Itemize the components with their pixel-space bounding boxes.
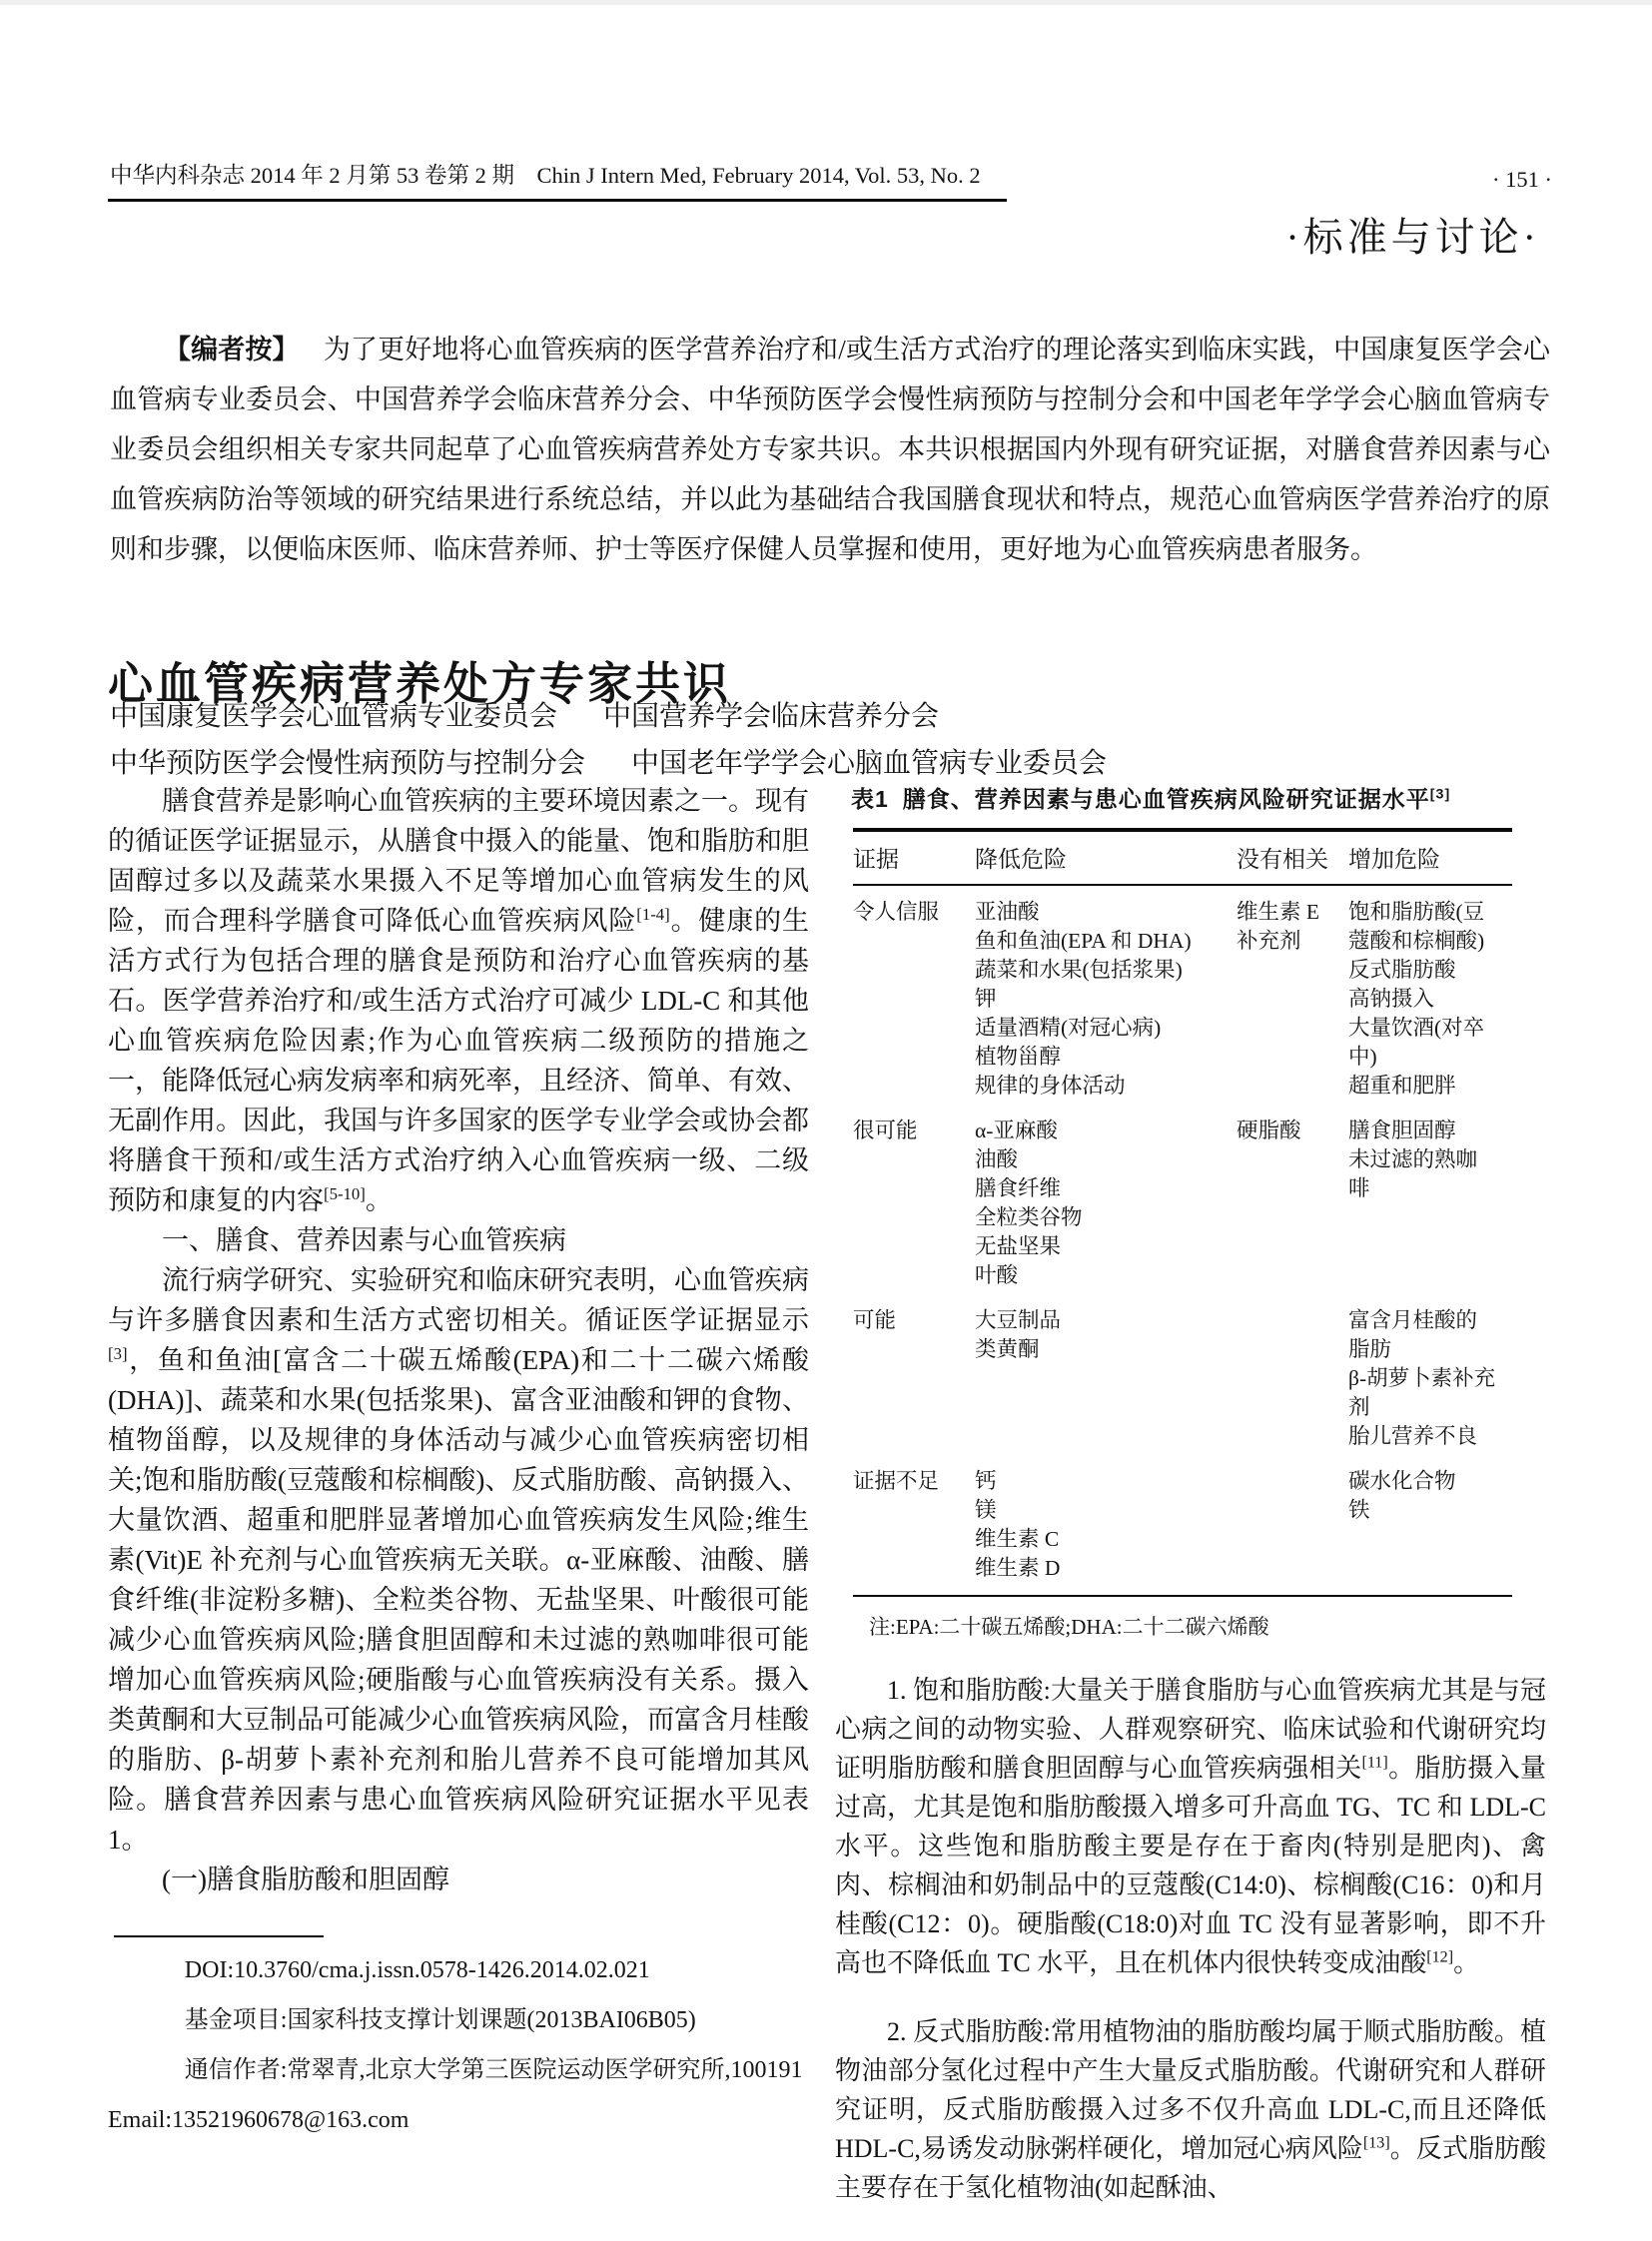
sub-heading-1: (一)膳食脂肪酸和胆固醇 bbox=[108, 1860, 809, 1899]
table-1: 表1膳食、营养因素与患心血管疾病风险研究证据水平[3] 证据 降低危险 没有相关… bbox=[835, 781, 1546, 1641]
editor-note-label: 【编者按】 bbox=[164, 335, 300, 365]
table-item: 高钠摄入 bbox=[1348, 985, 1498, 1014]
no-relation-items bbox=[1237, 1306, 1348, 1451]
table-item: 叶酸 bbox=[975, 1261, 1231, 1290]
table-header-row: 证据 降低危险 没有相关 增加危险 bbox=[853, 828, 1512, 886]
paragraph-evidence: 流行病学研究、实验研究和临床研究表明，心血管疾病与许多膳食因素和生活方式密切相关… bbox=[108, 1260, 809, 1860]
evidence-level: 令人信服 bbox=[853, 898, 975, 1101]
no-relation-items: 维生素 E 补充剂 bbox=[1237, 898, 1348, 1101]
paragraph-text: 。 bbox=[366, 1185, 393, 1215]
editor-note-text: 为了更好地将心血管疾病的医学营养治疗和/或生活方式治疗的理论落实到临床实践，中国… bbox=[110, 335, 1550, 564]
author-line-1: 中国康复医学会心血管病专业委员会中国营养学会临床营养分会 bbox=[110, 693, 1107, 740]
ref-marker: [12] bbox=[1426, 1948, 1453, 1965]
lower-risk-items: 亚油酸 鱼和鱼油(EPA 和 DHA) 蔬菜和水果(包括浆果) 钾 适量酒精(对… bbox=[975, 898, 1237, 1101]
table-item: 饱和脂肪酸(豆蔻酸和棕榈酸) bbox=[1348, 898, 1498, 956]
table-item: 铁 bbox=[1348, 1496, 1498, 1525]
paragraph-trans-fat: 2. 反式脂肪酸:常用植物油的脂肪酸均属于顺式脂肪酸。植物油部分氢化过程中产生大… bbox=[835, 2012, 1546, 2207]
table-item: 未过滤的熟咖啡 bbox=[1348, 1145, 1498, 1203]
paragraph-text: 。健康的生活方式行为包括合理的膳食是预防和治疗心血管疾病的基石。医学营养治疗和/… bbox=[108, 906, 809, 1215]
ref-marker: [11] bbox=[1361, 1754, 1387, 1771]
higher-risk-items: 饱和脂肪酸(豆蔻酸和棕榈酸) 反式脂肪酸 高钠摄入 大量饮酒(对卒中) 超重和肥… bbox=[1348, 898, 1504, 1101]
paragraph-text: 流行病学研究、实验研究和临床研究表明，心血管疾病与许多膳食因素和生活方式密切相关… bbox=[108, 1265, 809, 1335]
paragraph-text: 。脂肪摄入量过高，尤其是饱和脂肪酸摄入增多可升高血 TG、TC 和 LDL-C … bbox=[835, 1754, 1546, 1977]
table-item: 鱼和鱼油(EPA 和 DHA) bbox=[975, 927, 1231, 956]
table-item: 大量饮酒(对卒中) bbox=[1348, 1014, 1498, 1072]
paragraph-text: ，鱼和鱼油[富含二十碳五烯酸(EPA)和二十二碳六烯酸(DHA)]、蔬菜和水果(… bbox=[108, 1345, 809, 1855]
table-item: 维生素 D bbox=[975, 1554, 1231, 1583]
ref-marker: [5-10] bbox=[324, 1184, 366, 1203]
evidence-level: 证据不足 bbox=[853, 1467, 975, 1583]
section-label: ·标准与讨论· bbox=[1285, 206, 1540, 263]
footnote-block: DOI:10.3760/cma.j.issn.0578-1426.2014.02… bbox=[108, 1935, 813, 2145]
table-row: 可能 大豆制品 类黄酮 富含月桂酸的脂肪 β-胡萝卜素补充剂 胎儿营养不良 bbox=[853, 1306, 1512, 1451]
journal-page: 中华内科杂志 2014 年 2 月第 53 卷第 2 期 Chin J Inte… bbox=[0, 0, 1652, 2241]
table-item: 适量酒精(对冠心病) bbox=[975, 1014, 1231, 1043]
table-note: 注:EPA:二十碳五烯酸;DHA:二十二碳六烯酸 bbox=[869, 1611, 1512, 1641]
affiliation: 中国老年学学会心脑血管病专业委员会 bbox=[631, 748, 1107, 779]
column-header-no-relation: 没有相关 bbox=[1237, 841, 1348, 874]
scan-edge bbox=[0, 0, 1652, 5]
table-item: 规律的身体活动 bbox=[975, 1072, 1231, 1101]
section-heading-1: 一、膳食、营养因素与心血管疾病 bbox=[108, 1220, 809, 1260]
table-item: 维生素 C bbox=[975, 1525, 1231, 1554]
table-item: 蔬菜和水果(包括浆果) bbox=[975, 956, 1231, 985]
no-relation-items: 硬脂酸 bbox=[1237, 1117, 1348, 1290]
table-item: 大豆制品 bbox=[975, 1306, 1231, 1335]
lower-risk-items: 钙 镁 维生素 C 维生素 D bbox=[975, 1467, 1237, 1583]
corresponding-author-line: 通信作者:常翠青,北京大学第三医院运动医学研究所,100191 bbox=[108, 2045, 813, 2095]
table-item: 反式脂肪酸 bbox=[1348, 956, 1498, 985]
ref-marker: [3] bbox=[108, 1344, 128, 1363]
table-item: 膳食纤维 bbox=[975, 1174, 1231, 1203]
column-header-evidence: 证据 bbox=[853, 841, 975, 874]
table-item: 碳水化合物 bbox=[1348, 1467, 1498, 1496]
lower-risk-items: α-亚麻酸 油酸 膳食纤维 全粒类谷物 无盐坚果 叶酸 bbox=[975, 1117, 1237, 1290]
affiliation: 中国营养学会临床营养分会 bbox=[603, 701, 939, 732]
ref-marker: [3] bbox=[1430, 786, 1450, 802]
left-column: 膳食营养是影响心血管疾病的主要环境因素之一。现有的循证医学证据显示，从膳食中摄入… bbox=[108, 781, 809, 1899]
table-caption-label: 表1 bbox=[851, 786, 889, 812]
right-column: 表1膳食、营养因素与患心血管疾病风险研究证据水平[3] 证据 降低危险 没有相关… bbox=[835, 779, 1546, 2207]
paragraph-saturated-fat: 1. 饱和脂肪酸:大量关于膳食脂肪与心血管疾病尤其是与冠心病之间的动物实验、人群… bbox=[835, 1671, 1546, 1982]
table-item: 钾 bbox=[975, 985, 1231, 1014]
table-item: 膳食胆固醇 bbox=[1348, 1117, 1498, 1145]
editor-note: 【编者按】为了更好地将心血管疾病的医学营养治疗和/或生活方式治疗的理论落实到临床… bbox=[110, 325, 1550, 574]
table-body-wrap: 证据 降低危险 没有相关 增加危险 令人信服 亚油酸 鱼和鱼油(EPA 和 DH… bbox=[853, 828, 1512, 1641]
affiliation: 中国康复医学会心血管病专业委员会 bbox=[110, 701, 557, 732]
paragraph-text: 。 bbox=[1453, 1948, 1479, 1977]
footnote-rule bbox=[114, 1935, 324, 1937]
ref-marker: [1-4] bbox=[636, 905, 669, 924]
table-item: 亚油酸 bbox=[975, 898, 1231, 927]
table-item: 硬脂酸 bbox=[1237, 1117, 1342, 1145]
email-line: Email:13521960678@163.com bbox=[108, 2095, 813, 2145]
lower-risk-items: 大豆制品 类黄酮 bbox=[975, 1306, 1237, 1451]
table-caption-text: 膳食、营养因素与患心血管疾病风险研究证据水平 bbox=[903, 786, 1430, 812]
table-item: β-胡萝卜素补充剂 bbox=[1348, 1364, 1498, 1422]
table-item: 钙 bbox=[975, 1467, 1231, 1496]
no-relation-items bbox=[1237, 1467, 1348, 1583]
table-row: 证据不足 钙 镁 维生素 C 维生素 D 碳水化合物 铁 bbox=[853, 1467, 1512, 1583]
ref-marker: [13] bbox=[1363, 2134, 1390, 2151]
doi-line: DOI:10.3760/cma.j.issn.0578-1426.2014.02… bbox=[108, 1945, 813, 1995]
column-header-lower-risk: 降低危险 bbox=[975, 841, 1237, 874]
paragraph-intro: 膳食营养是影响心血管疾病的主要环境因素之一。现有的循证医学证据显示，从膳食中摄入… bbox=[108, 781, 809, 1220]
table-item: 油酸 bbox=[975, 1145, 1231, 1174]
table-item: 维生素 E 补充剂 bbox=[1237, 898, 1342, 956]
table-item: 无盐坚果 bbox=[975, 1232, 1231, 1261]
evidence-level: 很可能 bbox=[853, 1117, 975, 1290]
journal-citation: 中华内科杂志 2014 年 2 月第 53 卷第 2 期 Chin J Inte… bbox=[108, 158, 1007, 202]
column-header-higher-risk: 增加危险 bbox=[1348, 841, 1504, 874]
table-item: 超重和肥胖 bbox=[1348, 1072, 1498, 1101]
table-item: 植物甾醇 bbox=[975, 1043, 1231, 1072]
affiliation: 中华预防医学会慢性病预防与控制分会 bbox=[110, 748, 585, 779]
table-item: 富含月桂酸的脂肪 bbox=[1348, 1306, 1498, 1364]
table-row: 很可能 α-亚麻酸 油酸 膳食纤维 全粒类谷物 无盐坚果 叶酸 硬脂酸 bbox=[853, 1117, 1512, 1290]
page-number: · 151 · bbox=[1492, 167, 1552, 202]
table-row: 令人信服 亚油酸 鱼和鱼油(EPA 和 DHA) 蔬菜和水果(包括浆果) 钾 适… bbox=[853, 898, 1512, 1101]
author-affiliations: 中国康复医学会心血管病专业委员会中国营养学会临床营养分会 中华预防医学会慢性病预… bbox=[110, 693, 1107, 787]
table-item: α-亚麻酸 bbox=[975, 1117, 1231, 1145]
running-head: 中华内科杂志 2014 年 2 月第 53 卷第 2 期 Chin J Inte… bbox=[108, 158, 1552, 202]
higher-risk-items: 富含月桂酸的脂肪 β-胡萝卜素补充剂 胎儿营养不良 bbox=[1348, 1306, 1504, 1451]
higher-risk-items: 膳食胆固醇 未过滤的熟咖啡 bbox=[1348, 1117, 1504, 1290]
table-item: 类黄酮 bbox=[975, 1335, 1231, 1364]
evidence-level: 可能 bbox=[853, 1306, 975, 1451]
table-data-rows: 令人信服 亚油酸 鱼和鱼油(EPA 和 DHA) 蔬菜和水果(包括浆果) 钾 适… bbox=[853, 886, 1512, 1597]
funding-line: 基金项目:国家科技支撑计划课题(2013BAI06B05) bbox=[108, 1995, 813, 2045]
table-item: 全粒类谷物 bbox=[975, 1203, 1231, 1232]
table-caption: 表1膳食、营养因素与患心血管疾病风险研究证据水平[3] bbox=[851, 781, 1546, 814]
table-item: 胎儿营养不良 bbox=[1348, 1422, 1498, 1451]
table-item: 镁 bbox=[975, 1496, 1231, 1525]
higher-risk-items: 碳水化合物 铁 bbox=[1348, 1467, 1504, 1583]
